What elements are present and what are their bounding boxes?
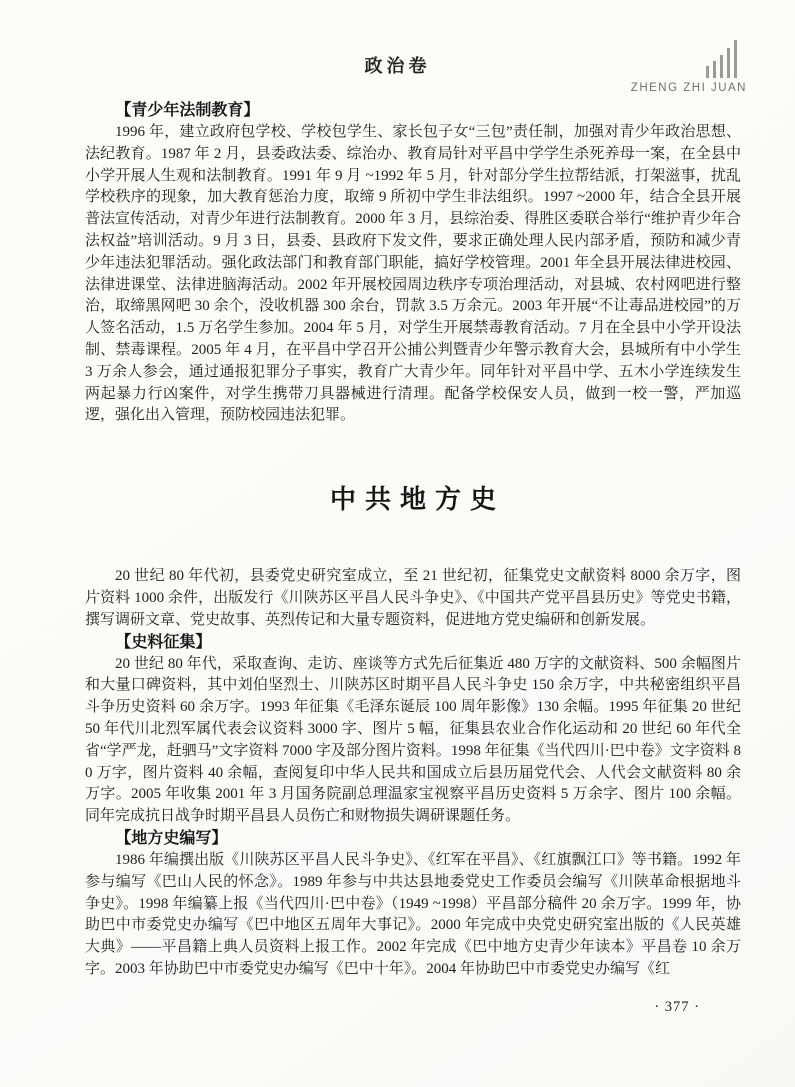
- chapter-title-cpc-local-history: 中共地方史: [85, 479, 741, 516]
- entry-heading-local-history-compilation: 【地方史编写】: [85, 828, 741, 850]
- entry-heading-juvenile-legal-education: 【青少年法制教育】: [85, 100, 741, 122]
- entry-body-local-history-compilation: 1986 年编撰出版《川陕苏区平昌人民斗争史》、《红军在平昌》、《红旗飘江口》等…: [85, 850, 741, 981]
- entry-heading-historical-materials-collection: 【史料征集】: [85, 632, 741, 654]
- page-content: 【青少年法制教育】 1996 年，建立政府包学校、学校包学生、家长包子女“三包”…: [85, 100, 741, 981]
- logo-caption: ZHENG ZHI JUAN: [631, 82, 747, 94]
- scanned-book-page: 政治卷 ZHENG ZHI JUAN 【青少年法制教育】 1996 年，建立政府…: [0, 0, 795, 1087]
- entry-body-juvenile-legal-education: 1996 年，建立政府包学校、学校包学生、家长包子女“三包”责任制，加强对青少年…: [85, 122, 741, 427]
- entry-body-historical-materials-collection: 20 世纪 80 年代，采取查询、走访、座谈等方式先后征集近 480 万字的文献…: [85, 654, 741, 828]
- publisher-logo: ZHENG ZHI JUAN: [631, 38, 747, 94]
- bar-columns-logo-icon: [631, 38, 737, 78]
- chapter-intro-paragraph: 20 世纪 80 年代初，县委党史研究室成立，至 21 世纪初，征集党史文献资料…: [85, 566, 741, 631]
- page-number: · 377 ·: [654, 999, 700, 1016]
